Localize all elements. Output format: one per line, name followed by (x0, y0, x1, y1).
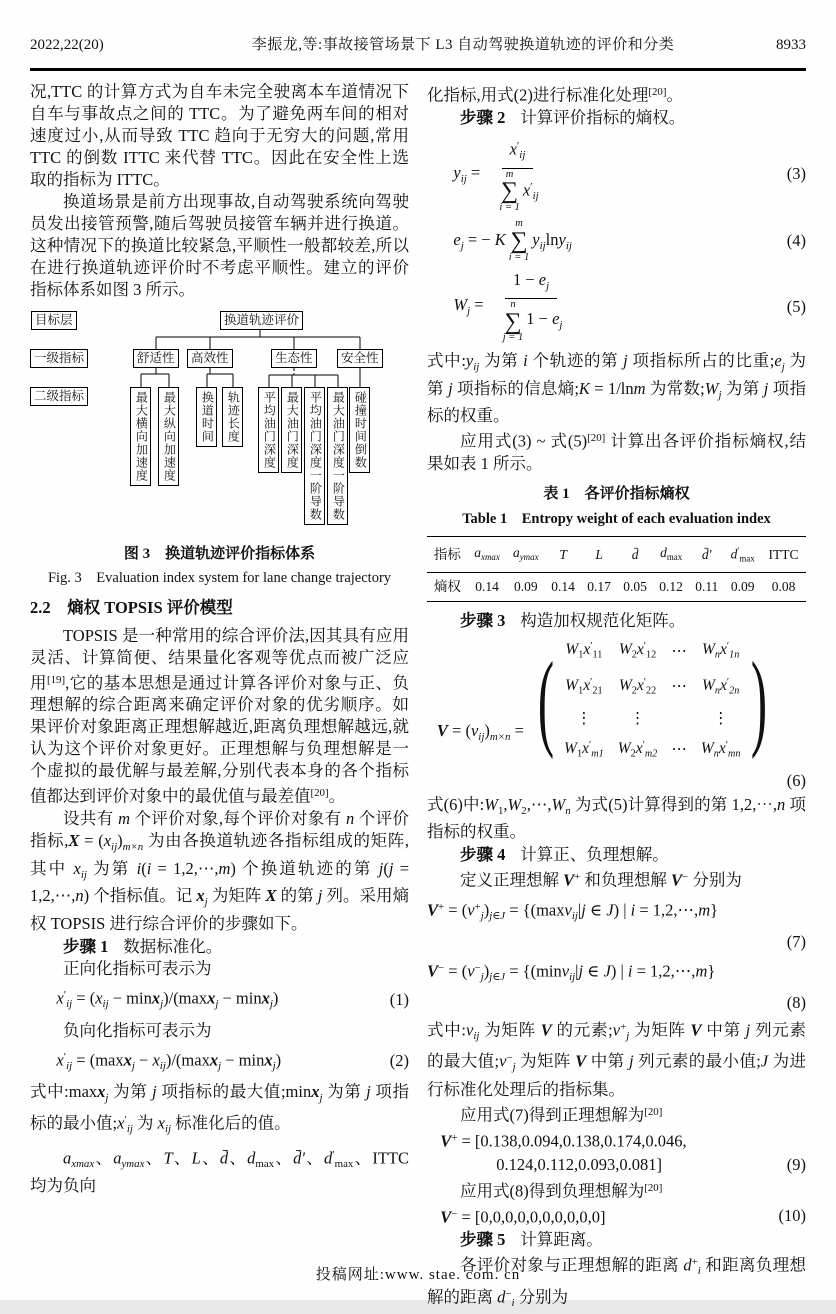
equation-7-number-line: (7) (427, 931, 806, 953)
page-number: 8933 (726, 34, 806, 56)
table-header-row: 指标 axmax aymax T L d̄ dmax d̄′ d′max ITT… (427, 536, 806, 573)
paragraph-negative-indicators: axmax、aymax、T、L、d̄、dmax、d̄′、d′max、ITTC 均… (30, 1144, 409, 1197)
table-header-cell: axmax (468, 536, 507, 573)
equation-2-body: x′ij = (maxxj − xij)/(maxxj − minxj) (56, 1046, 281, 1077)
leaf-max-longitudinal-accel: 最大纵向加速度 (158, 387, 179, 486)
table-1-caption-en: Table 1 Entropy weight of each evaluatio… (427, 508, 806, 530)
paragraph-matrix-setup: 设共有 m 个评价对象,每个评价对象有 n 个评价指标,X = (xij)m×n… (30, 808, 409, 935)
equation-6: V = (vij)m×n = ( W1x′11W2x′12⋯Wnx′1n W1x… (427, 636, 806, 765)
equation-8-number: (8) (787, 993, 806, 1012)
step-3-label: 步骤 3 (460, 611, 505, 630)
equation-3-fraction: x′ijm∑i = 1x′ij (488, 135, 546, 213)
line-negative-indicator: 负向化指标可表示为 (30, 1020, 409, 1042)
equation-3-lhs: yij = (453, 163, 484, 182)
table-cell: 熵权 (427, 573, 468, 602)
table-1: 指标 axmax aymax T L d̄ dmax d̄′ d′max ITT… (427, 536, 806, 603)
figure-3-caption-en: Fig. 3 Evaluation index system for lane … (30, 567, 409, 589)
equation-4-number: (4) (787, 230, 806, 252)
table-cell: 0.12 (653, 573, 689, 602)
table-header-cell: 指标 (427, 536, 468, 573)
equation-10-number: (10) (779, 1205, 807, 1227)
table-cell: 0.14 (545, 573, 581, 602)
matrix-cell: ⋮ (713, 708, 729, 730)
step-4: 步骤 4计算正、负理想解。 (427, 844, 806, 866)
matrix-cell: Wnx′1n (702, 636, 739, 667)
sum-symbol: m∑i = 1 (509, 219, 530, 263)
equation-9-number: (9) (787, 1154, 806, 1176)
left-paren: ( (538, 655, 554, 747)
equation-1: x′ij = (xij − minxj)/(maxxj − minxj) (1) (30, 984, 409, 1015)
paragraph-topsis-intro: TOPSIS 是一种常用的综合评价法,因其具有应用灵活、计算简便、结果量化客观等… (30, 625, 409, 808)
equation-5-number: (5) (787, 296, 806, 318)
section-2-2-heading: 2.2熵权 TOPSIS 评价模型 (30, 597, 409, 619)
paragraph-define-ideal: 定义正理想解 V+ 和负理想解 V− 分别为 (427, 866, 806, 891)
section-title: 熵权 TOPSIS 评价模型 (67, 598, 233, 617)
equation-3-numerator: x′ij (502, 135, 534, 168)
paragraph-eq345-notes: 式中:yij 为第 i 个轨迹的第 j 项指标所占的比重;ej 为第 j 项指标… (427, 350, 806, 428)
equation-5-fraction: 1 − ejn∑j = 11 − ej (492, 269, 571, 344)
leaf-lane-change-time: 换道时间 (196, 387, 217, 447)
table-header-cell: aymax (506, 536, 545, 573)
equation-1-body: x′ij = (xij − minxj)/(maxxj − minxj) (56, 984, 278, 1015)
leaf-max-lateral-accel: 最大横向加速度 (130, 387, 151, 486)
paragraph-eq78-notes: 式中:vij 为矩阵 V 的元素;v+j 为矩阵 V 中第 j 列元素的最大值;… (427, 1016, 806, 1100)
equation-3-denominator: m∑i = 1x′ij (488, 169, 546, 214)
table-row: 熵权 0.14 0.09 0.14 0.17 0.05 0.12 0.11 0.… (427, 573, 806, 602)
table-cell: 0.08 (761, 573, 806, 602)
step-1-label: 步骤 1 (63, 937, 108, 956)
step-4-label: 步骤 4 (460, 845, 505, 864)
equation-8-number-line: (8) (427, 992, 806, 1014)
matrix-cell: ⋯ (671, 739, 687, 761)
line-positive-indicator: 正向化指标可表示为 (30, 958, 409, 980)
table-header-cell: d̄′ (689, 536, 724, 573)
section-number: 2.2 (30, 598, 51, 617)
right-paren: ) (750, 655, 766, 747)
table-cell: 0.09 (506, 573, 545, 602)
step-3-text: 构造加权规范化矩阵。 (520, 611, 685, 630)
paragraph-lane-change-scene: 换道场景是前方出现事故,自动驾驶系统向驾驶员发出接管预警,随后驾驶员接管车辆并进… (30, 191, 409, 301)
root-node: 换道轨迹评价 (220, 311, 303, 330)
equation-5: Wj = 1 − ejn∑j = 11 − ej (5) (427, 267, 806, 346)
category-comfort: 舒适性 (133, 349, 179, 368)
layer-label-level2: 二级指标 (30, 387, 88, 406)
equation-2: x′ij = (maxxj − xij)/(maxxj − minxj) (2) (30, 1046, 409, 1077)
equation-9-line2: 0.124,0.112,0.093,0.081](9) (427, 1154, 806, 1176)
table-cell: 0.14 (468, 573, 507, 602)
journal-issue: 2022,22(20) (30, 34, 200, 56)
table-header-cell: d̄ (617, 536, 653, 573)
paragraph-apply-eq8: 应用式(8)得到负理想解为[20] (427, 1177, 806, 1202)
leaf-max-throttle-derivative: 最大油门深度一阶导数 (327, 387, 348, 525)
equation-6-body: V = (vij)m×n = ( W1x′11W2x′12⋯Wnx′1n W1x… (437, 636, 777, 765)
weighted-matrix: ( W1x′11W2x′12⋯Wnx′1n W1x′21W2x′22⋯Wnx′2… (528, 636, 776, 765)
paragraph-eq12-notes: 式中:maxxj 为第 j 项指标的最大值;minxj 为第 j 项指标的最小值… (30, 1081, 409, 1140)
category-safety: 安全性 (337, 349, 383, 368)
paragraph-ttc: 况,TTC 的计算方式为自车未完全驶离本车道情况下自车与事故点之间的 TTC。为… (30, 81, 409, 191)
leaf-trajectory-length: 轨迹长度 (222, 387, 243, 447)
left-column: 况,TTC 的计算方式为自车未完全驶离本车道情况下自车与事故点之间的 TTC。为… (30, 81, 409, 1314)
matrix-cell: W1x′21 (565, 672, 602, 703)
step-2-label: 步骤 2 (460, 108, 505, 127)
figure-3: 目标层 一级指标 二级指标 换道轨迹评价 舒适性 高效性 生态性 安全性 最大横… (30, 307, 409, 589)
matrix-cell: ⋮ (630, 708, 646, 730)
category-ecology: 生态性 (271, 349, 317, 368)
step-1: 步骤 1数据标准化。 (30, 936, 409, 958)
equation-4: ej = − Km∑i = 1yijlnyij (4) (427, 219, 806, 263)
leaf-avg-throttle-depth: 平均油门深度 (258, 387, 279, 473)
category-efficiency: 高效性 (187, 349, 233, 368)
sum-symbol: n∑j = 1 (503, 300, 524, 344)
equation-4-body: ej = − Km∑i = 1yijlnyij (453, 219, 571, 263)
equation-3-body: yij = x′ijm∑i = 1x′ij (453, 133, 550, 215)
equation-6-number: (6) (787, 771, 806, 790)
running-title: 李振龙,等:事故接管场景下 L3 自动驾驶换道轨迹的评价和分类 (200, 34, 726, 56)
equation-6-number-line: (6) (427, 770, 806, 792)
page-header: 2022,22(20) 李振龙,等:事故接管场景下 L3 自动驾驶换道轨迹的评价… (30, 34, 806, 71)
leaf-inverse-ttc: 碰撞时间倒数 (349, 387, 370, 473)
table-header-cell: d′max (724, 536, 761, 573)
step-2: 步骤 2计算评价指标的熵权。 (427, 107, 806, 129)
table-cell: 0.05 (617, 573, 653, 602)
equation-8-body: V− = (v−j)j∈J = {(minvij|j ∈ J) | i = 1,… (427, 957, 715, 988)
step-5-label: 步骤 5 (460, 1230, 505, 1249)
paragraph-eq6-notes: 式(6)中:W1,W2,⋯,Wn 为式(5)计算得到的第 1,2,⋯,n 项指标… (427, 794, 806, 844)
leaf-avg-throttle-derivative: 平均油门深度一阶导数 (304, 387, 325, 525)
paragraph-continuation: 化指标,用式(2)进行标准化处理[20]。 (427, 81, 806, 106)
right-column: 化指标,用式(2)进行标准化处理[20]。 步骤 2计算评价指标的熵权。 yij… (427, 81, 806, 1314)
step-3: 步骤 3构造加权规范化矩阵。 (427, 610, 806, 632)
matrix-cell: ⋯ (671, 641, 687, 663)
equation-1-number: (1) (390, 989, 409, 1011)
equation-3: yij = x′ijm∑i = 1x′ij (3) (427, 133, 806, 215)
equation-9-line1: V+ = [0.138,0.094,0.138,0.174,0.046, (427, 1127, 806, 1152)
matrix-cell: Wnx′mn (701, 735, 741, 766)
matrix-cell: W1x′11 (565, 636, 602, 667)
matrix-cell: ⋯ (671, 676, 687, 698)
sum-symbol: m∑i = 1 (499, 170, 520, 214)
equation-8: V− = (v−j)j∈J = {(minvij|j ∈ J) | i = 1,… (427, 957, 806, 988)
equation-2-number: (2) (390, 1050, 409, 1072)
leaf-max-throttle-depth: 最大油门深度 (281, 387, 302, 473)
matrix-cell: W2x′22 (619, 672, 656, 703)
table-cell: 0.17 (581, 573, 617, 602)
matrix-cell: Wnx′2n (702, 672, 739, 703)
equation-7-number: (7) (787, 932, 806, 951)
equation-7-body: V+ = (v+j)j∈J = {(maxvij|j ∈ J) | i = 1,… (427, 896, 718, 927)
step-5: 步骤 5计算距离。 (427, 1229, 806, 1251)
paper-page: 2022,22(20) 李振龙,等:事故接管场景下 L3 自动驾驶换道轨迹的评价… (0, 0, 836, 1300)
table-header-cell: dmax (653, 536, 689, 573)
figure-3-diagram: 目标层 一级指标 二级指标 换道轨迹评价 舒适性 高效性 生态性 安全性 最大横… (30, 307, 409, 535)
layer-label-target: 目标层 (31, 311, 77, 330)
step-2-text: 计算评价指标的熵权。 (520, 108, 685, 127)
table-cell: 0.09 (724, 573, 761, 602)
table-cell: 0.11 (689, 573, 724, 602)
layer-label-level1: 一级指标 (30, 349, 88, 368)
table-header-cell: L (581, 536, 617, 573)
paragraph-apply-eq345: 应用式(3) ~ 式(5)[20] 计算出各评价指标熵权,结果如表 1 所示。 (427, 427, 806, 474)
figure-3-caption-zh: 图 3 换道轨迹评价指标体系 (30, 543, 409, 565)
step-1-text: 数据标准化。 (123, 937, 222, 956)
step-5-text: 计算距离。 (520, 1230, 603, 1249)
equation-7: V+ = (v+j)j∈J = {(maxvij|j ∈ J) | i = 1,… (427, 896, 806, 927)
matrix-cell: W1x′m1 (564, 735, 604, 766)
paragraph-apply-eq7: 应用式(7)得到正理想解为[20] (427, 1101, 806, 1126)
equation-3-number: (3) (787, 163, 806, 185)
table-1-caption-zh: 表 1 各评价指标熵权 (427, 483, 806, 505)
matrix-cell: ⋮ (576, 708, 592, 730)
equation-5-body: Wj = 1 − ejn∑j = 11 − ej (453, 267, 574, 346)
matrix-cell: W2x′12 (619, 636, 656, 667)
matrix-cell: W2x′m2 (618, 735, 658, 766)
table-header-cell: T (545, 536, 581, 573)
page-footer: 投稿网址:www. stae. com. cn (0, 1264, 836, 1286)
equation-10: V− = [0,0,0,0,0,0,0,0,0,0](10) (427, 1203, 806, 1228)
step-4-text: 计算正、负理想解。 (520, 845, 669, 864)
table-header-cell: ITTC (761, 536, 806, 573)
